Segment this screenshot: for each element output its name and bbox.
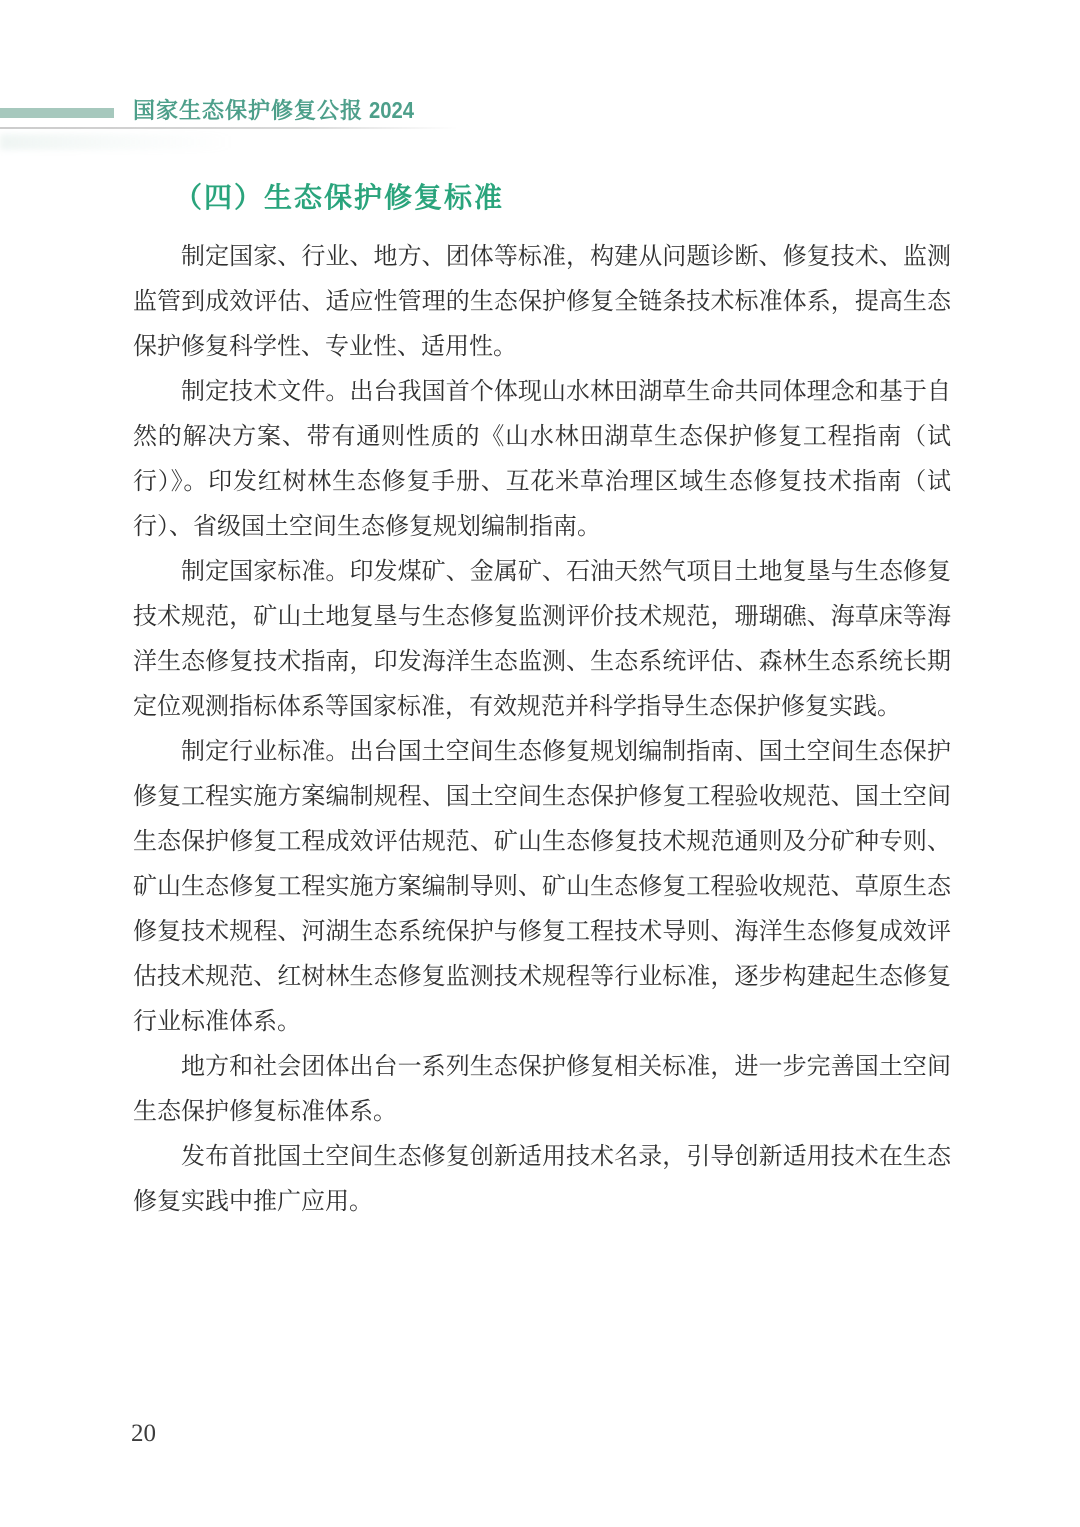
header-title: 国家生态保护修复公报2024	[133, 94, 420, 126]
paragraph-standards-system: 制定国家、行业、地方、团体等标准，构建从问题诊断、修复技术、监测监管到成效评估、…	[133, 235, 951, 370]
page-number: 20	[131, 1420, 156, 1448]
header-divider-line	[0, 127, 458, 129]
section-heading: （四）生态保护修复标准	[174, 176, 504, 216]
header-accent-bar	[0, 108, 114, 118]
paragraph-technology-catalog: 发布首批国土空间生态修复创新适用技术名录，引导创新适用技术在生态修复实践中推广应…	[133, 1135, 951, 1225]
body-paragraphs: 制定国家、行业、地方、团体等标准，构建从问题诊断、修复技术、监测监管到成效评估、…	[133, 235, 951, 1225]
header-year: 2024	[369, 94, 414, 126]
document-page: 国家生态保护修复公报2024 （四）生态保护修复标准 制定国家、行业、地方、团体…	[0, 0, 1080, 1527]
paragraph-technical-documents: 制定技术文件。出台我国首个体现山水林田湖草生命共同体理念和基于自然的解决方案、带…	[133, 370, 951, 550]
paragraph-national-standards: 制定国家标准。印发煤矿、金属矿、石油天然气项目土地复垦与生态修复技术规范，矿山土…	[133, 550, 951, 730]
paragraph-local-standards: 地方和社会团体出台一系列生态保护修复相关标准，进一步完善国土空间生态保护修复标准…	[133, 1045, 951, 1135]
paragraph-industry-standards: 制定行业标准。出台国土空间生态修复规划编制指南、国土空间生态保护修复工程实施方案…	[133, 730, 951, 1045]
header-title-text: 国家生态保护修复公报	[133, 98, 363, 123]
page-bleed-through	[0, 134, 235, 150]
